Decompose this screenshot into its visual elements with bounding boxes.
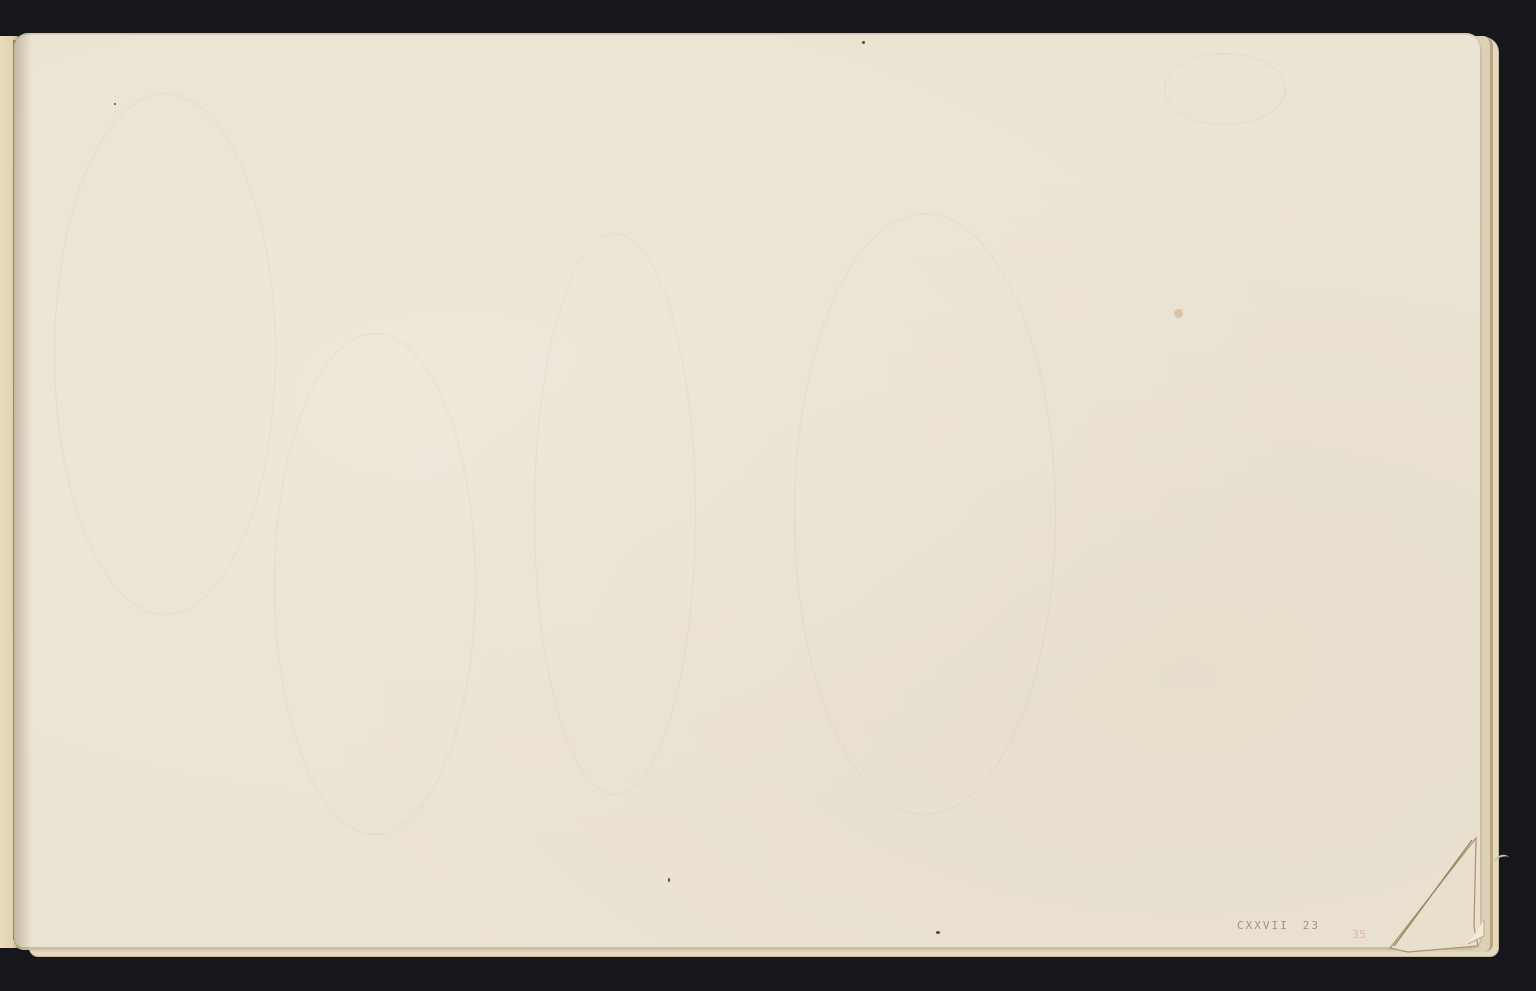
pencil-trace xyxy=(534,233,696,795)
pencil-trace xyxy=(54,93,276,615)
pencil-trace xyxy=(274,333,476,835)
scan-background: CXXVII23 35 xyxy=(0,0,1536,991)
sketchbook-page: CXXVII23 35 xyxy=(14,33,1482,950)
inventory-stamp: CXXVII23 xyxy=(1237,919,1320,932)
inventory-code: CXXVII xyxy=(1237,919,1289,932)
folded-corner xyxy=(1388,836,1488,954)
pencil-trace xyxy=(794,213,1056,815)
pink-pencil-mark: 35 xyxy=(1352,928,1366,941)
foxing-spot xyxy=(1174,309,1183,318)
paper-speck xyxy=(936,931,940,934)
pencil-trace xyxy=(1164,53,1286,125)
paper-speck xyxy=(862,41,865,44)
paper-speck xyxy=(114,103,116,105)
paper-speck xyxy=(668,878,670,882)
folio-number: 23 xyxy=(1303,919,1320,932)
page-gutter-shadow xyxy=(14,33,32,950)
